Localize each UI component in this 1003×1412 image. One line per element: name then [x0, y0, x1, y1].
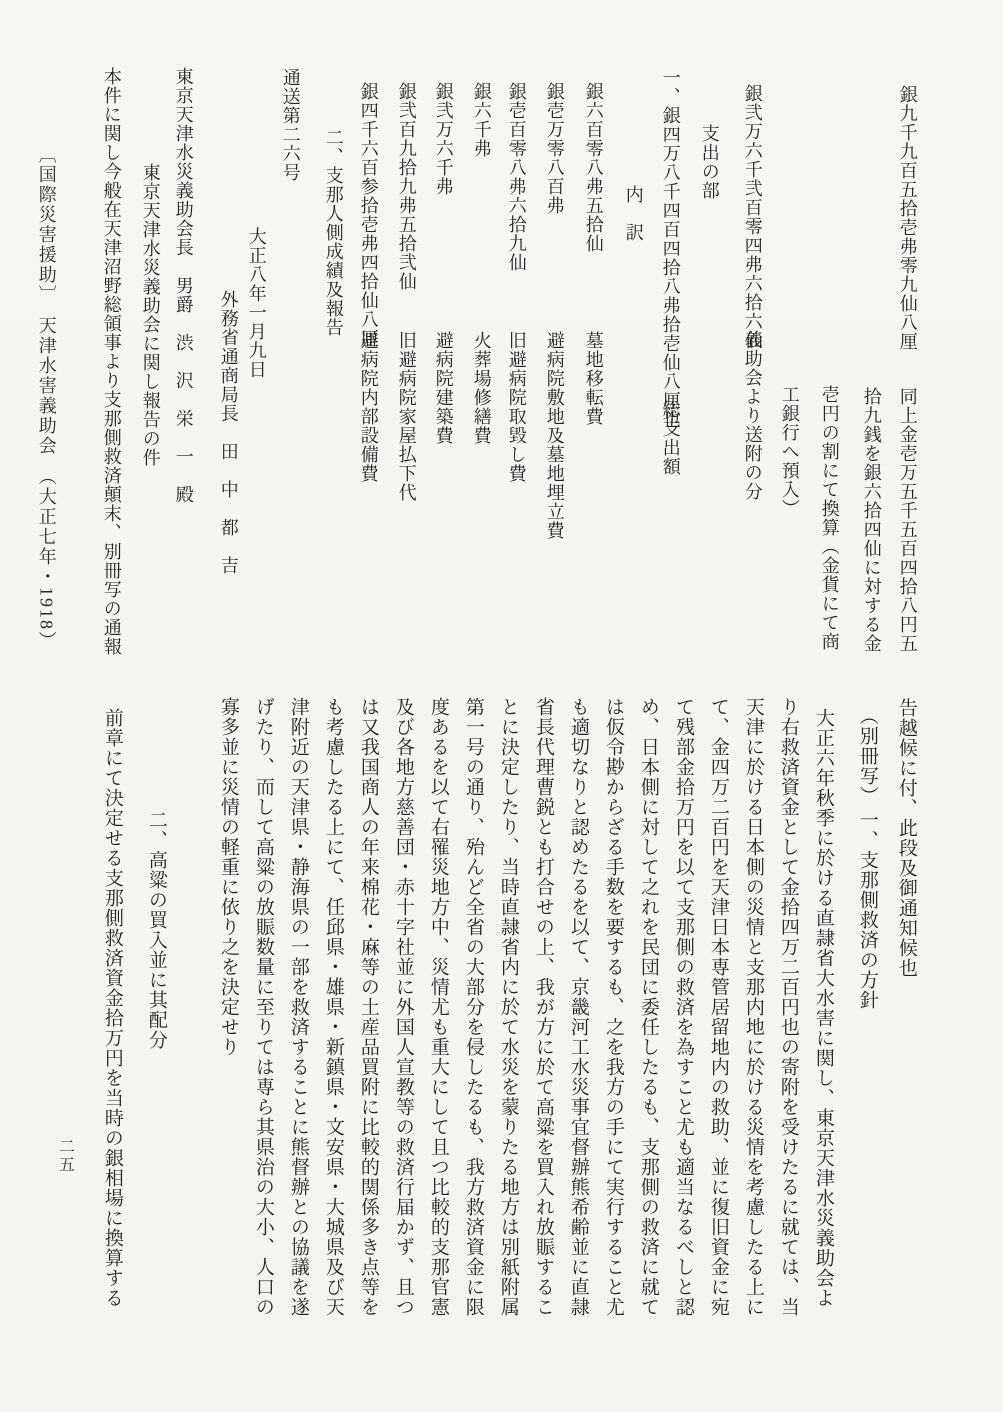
report-body-line: も適切なりと認めたるを以て、京畿河工水災事宜督辦熊希齢並に直隷 — [567, 697, 589, 1317]
report-section1-heading: 一、支那側救済の方針 — [856, 810, 878, 1010]
breakdown-header: 内 訳 — [623, 185, 644, 242]
report-body-line: も考慮したる上にて、任邱県・雄県・新鎮県・文安県・大城県及び天 — [322, 697, 344, 1317]
expense-label: 旧避病院家屋払下代 — [396, 331, 417, 502]
letter-body-line: 本件に関し今般在天津沼野総領事より支那側救済顛末、別冊写の通報 — [101, 67, 122, 656]
expense-label: 避病院敷地及墓地埋立費 — [544, 331, 565, 540]
total-line: 一、銀四万八千四百四拾八弗拾壱仙八厘也 — [660, 68, 681, 429]
report-body-line: 第一号の通り、殆んど全省の大部分を侵したるも、我方救済資金に限 — [462, 697, 484, 1317]
expense-label: 墓地移転費 — [583, 331, 604, 426]
report-section2-heading: 二、高粱の買入並に其配分 — [145, 810, 167, 1050]
dispatch-number: 通送第二六号 — [280, 68, 301, 182]
letter-body-line: 告越候に付、此段及御通知候也 — [895, 698, 917, 978]
scanned-document-page: 〔国際災害援助〕 天津水害義助会 （大正七年・1918） 銀九千九百五拾壱弗零九… — [0, 0, 1003, 1412]
report-body-line: 大正六年秋季に於ける直隷省大水害に関し、東京天津水災義助会よ — [812, 708, 834, 1308]
total-label: 総支出額 — [660, 400, 681, 476]
report-body-line: は仮令尠からざる手数を要するも、之を我方の手にて実行すること尤 — [602, 697, 624, 1317]
report-body-line: 天津に於ける日本側の災情と支那内地に於ける災情を考慮したる上に — [742, 697, 764, 1317]
report-body-line: 前章にて決定せる支那側救済資金拾万円を当時の銀相場に換算する — [101, 708, 123, 1308]
report-body-line: て、金四万二百円を天津日本専管居留地内の救助、並に復旧資金に宛 — [707, 697, 729, 1317]
letter-subject: 東京天津水災義助会に関し報告の件 — [140, 163, 161, 467]
report-body-line: 省長代理曹鋭とも打合せの上、我が方に於て高粱を買入れ放賑するこ — [532, 697, 554, 1317]
statement-note-line-3: 壱円の割にて換算（金貨にて商 — [819, 385, 840, 651]
expense-amount: 銀四千六百参拾壱弗四拾仙八厘 — [358, 82, 379, 348]
report-body-line: は又我国商人の年来棉花・麻等の土産品買附に比較的関係多き点等を — [357, 697, 379, 1317]
report-body-line: げたり、而して高粱の放賑数量に至りては専ら其県治の大小、人口の — [252, 697, 274, 1317]
statement-note-line-2: 拾九銭を銀六拾四仙に対する金 — [861, 387, 882, 653]
expense-label: 避病院内部設備費 — [358, 331, 379, 483]
remit-label: 義助会より送附の分 — [742, 330, 763, 501]
remit-amount: 銀弐万六千弐百零四弗六拾六仙 — [742, 84, 763, 350]
section-heading-results: 二、支那人側成績及報告 — [323, 128, 344, 337]
expenses-header: 支出の部 — [699, 124, 720, 200]
attachment-label: （別冊写） — [856, 706, 878, 806]
expense-label: 避病院建築費 — [433, 331, 454, 445]
expense-amount: 銀壱万零八百弗 — [544, 82, 565, 215]
margin-running-title: 〔国際災害援助〕 天津水害義助会 （大正七年・1918） — [36, 145, 57, 651]
expense-label: 火葬場修繕費 — [471, 331, 492, 445]
letter-recipient: 東京天津水災義助会長 男爵 渋 沢 栄 一 殿 — [173, 67, 194, 504]
report-body-line: 度あるを以て右罹災地方中、災情尤も重大にして且つ比較的支那官憲 — [427, 697, 449, 1317]
report-body-line: とに決定したり、当時直隷省内に於て水災を蒙りたる地方は別紙附属 — [497, 697, 519, 1317]
report-body-line: り右救済資金として金拾四万二百円也の寄附を受けたるに就ては、当 — [777, 697, 799, 1317]
expense-amount: 銀弐万六千弗 — [433, 82, 454, 196]
expense-amount: 銀弐百九拾九弗五拾弐仙 — [396, 82, 417, 291]
expense-label: 旧避病院取毀し費 — [506, 331, 527, 483]
report-body-line: て残部金拾万円を以て支那側の救済を為すこと尤も適当なるべしと認 — [672, 697, 694, 1317]
report-body-line: 及び各地方慈善団・赤十字社並に外国人宣教等の救済行届かず、且つ — [392, 697, 414, 1317]
expense-amount: 銀六千弗 — [471, 82, 492, 158]
letter-date: 大正八年一月九日 — [246, 227, 267, 379]
expense-amount: 銀六百零八弗五拾仙 — [583, 82, 604, 253]
page-number: 二五 — [55, 1138, 73, 1174]
report-body-line: 津附近の天津県・静海県の一部を救済することに熊督辦との協議を遂 — [287, 697, 309, 1317]
statement-note-line-4: 工銀行へ預入） — [779, 385, 800, 518]
report-body-line: 寡多並に災情の軽重に依り之を決定せり — [217, 697, 239, 1057]
statement-note-line-1: 同上金壱万五千五百四拾八円五 — [897, 387, 918, 653]
expense-amount: 銀壱百零八弗六拾九仙 — [506, 82, 527, 272]
letter-sender: 外務省通商局長 田 中 都 吉 — [218, 290, 239, 575]
statement-balance-line: 銀九千九百五拾壱弗零九仙八厘 — [897, 85, 918, 351]
report-body-line: め、日本側に対して之れを民団に委任したるも、支那側の救済に就て — [637, 697, 659, 1317]
